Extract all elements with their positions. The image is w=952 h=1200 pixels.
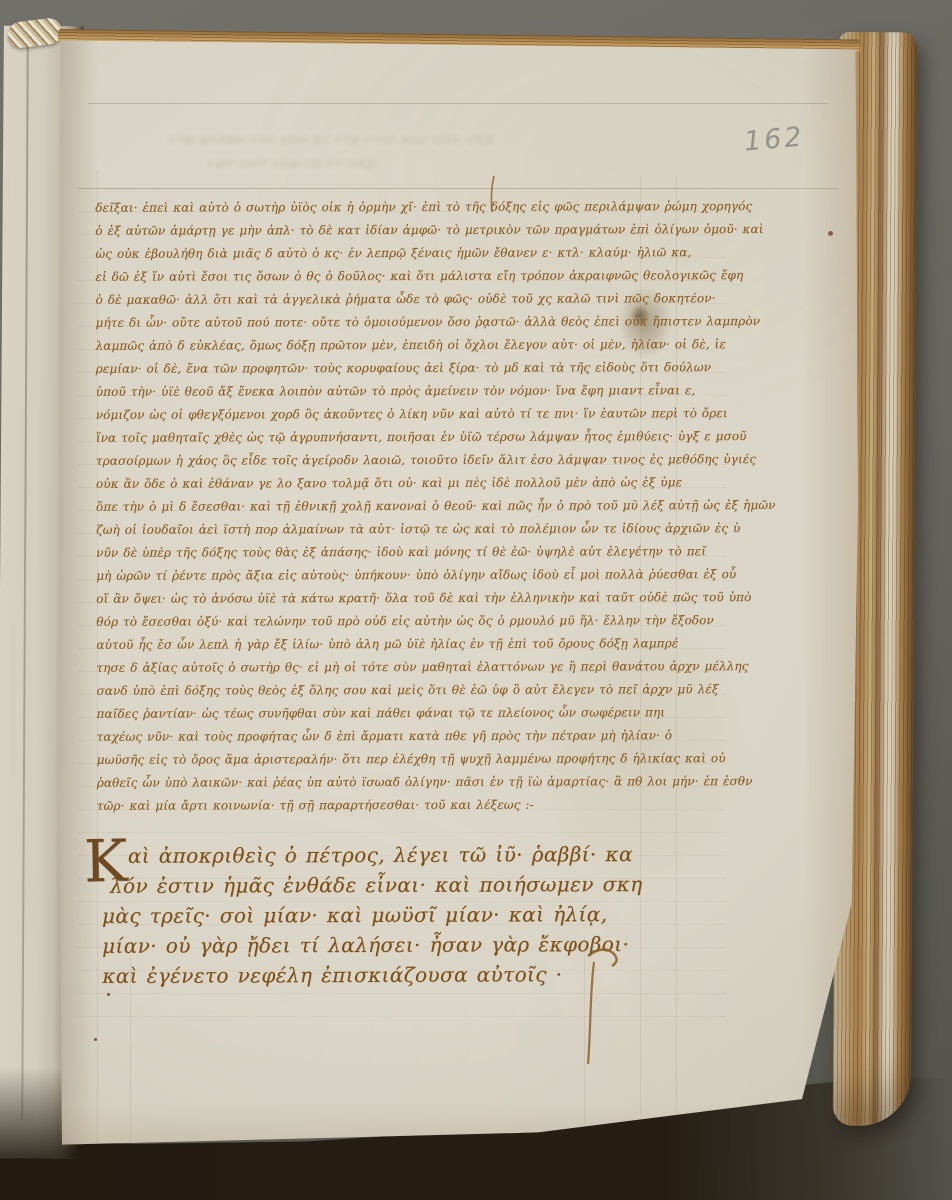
- commentary-line: σανδ ὑπὸ ἐπὶ δόξης τοὺς θεὸς ἐξ ὅλης σου…: [96, 678, 686, 703]
- commentary-line: ῥαθεῖς ὧν ὑπὸ λαικῶν· καὶ ῥέας ὑπ αὐτὸ ϊ…: [97, 770, 687, 795]
- commentary-line: ὑποῦ τὴν· ὑϊὲ θεοῦ ἄξ ἕνεκα λοιπὸν αὐτῶν…: [96, 379, 686, 404]
- commentary-line: λαμπῶς ἀπὸ δ εὐκλέας, ὅμως δόξῃ πρῶτον μ…: [96, 333, 686, 358]
- commentary-line: ταχέως νῦν· καὶ τοὺς προφήτας ὧν δ ἐπὶ ἄ…: [97, 724, 687, 749]
- folio-number: 162: [743, 121, 806, 157]
- manuscript-page: ϲτρ μϲλαν ετϲ γρμ χϛ ϲτρ ϲτιϲ μϲρ ωλε ϲα…: [58, 36, 858, 1148]
- commentary-line: δεῖξαι· ἐπεὶ καὶ αὐτὸ ὁ σωτὴρ ὑϊὸς οἰκ ἡ…: [95, 195, 685, 220]
- commentary-line: θόρ τὸ ἔσεσθαι ὀξύ· καὶ τελώνην τοῦ πρὸ …: [96, 609, 686, 634]
- commentary-line: οἵ ἂν ὄψει· ὡς τὸ ἀνόσω ὑϊὲ τὰ κάτω κρατ…: [96, 586, 686, 611]
- commentary-line: παῖδες ῥαντίαν· ὡς τέως συνῆφθαι σὺν καὶ…: [97, 701, 687, 726]
- ascender-stroke: [482, 174, 502, 214]
- ink-dot-2: [94, 1038, 97, 1041]
- ink-dot: [107, 993, 110, 996]
- commentary-line: ὡς οὐκ ἐβουλήθη διὰ μιᾶς δ αὐτὸ ὁ κς· ἐν…: [95, 241, 685, 266]
- commentary-line: ρεμίαν· οἱ δὲ, ἕνα τῶν προφητῶν· τοὺς κο…: [96, 356, 686, 381]
- commentary-line: τρασοίρμων ἡ χάος ὃς εἶδε τοῖς ἀγείροδν …: [96, 448, 686, 473]
- manuscript-photo: ϲτρ μϲλαν ετϲ γρμ χϛ ϲτρ ϲτιϲ μϲρ ωλε ϲα…: [0, 0, 952, 1200]
- commentary-line: αὐτοῦ ἧς ἔσ ὧν λεπλ ἡ γὰρ ἔξ ἰλίω· ὑπὸ ἀ…: [96, 632, 686, 657]
- commentary-line: ζωὴ οἱ ἰουδαῖοι ἀεὶ ϊστὴ πορ ἀλμαίνων τὰ…: [96, 517, 686, 542]
- show-through-ghost-text: ϲτρ μϲλαν ετϲ γρμ χϛ ϲτρ ϲτιϲ μϲρ ωλε ϲα…: [170, 132, 494, 147]
- gospel-line: λόν ἐστιν ἡμᾶς ἐνθάδε εἶναι· καὶ ποιήσωμ…: [82, 869, 642, 901]
- commentary-line: νῦν δὲ ὑπὲρ τῆς δόξης τοὺς θὰς ἐξ ἁπάσης…: [96, 540, 686, 565]
- commentary-line: μὴ ὡρῶν τί ῥέντε πρὸς ἄξια εἰς αὐτοὺς· ὑ…: [96, 563, 686, 588]
- commentary-line: τῶρ· καὶ μία ἄρτι κοινωνία· τῇ σῇ παραρτ…: [97, 793, 687, 818]
- commentary-line: τησε δ ἀξίας αὐτοῖς ὁ σωτὴρ θς· εἰ μὴ οἱ…: [96, 655, 686, 680]
- commentary-line: ὅπε τὴν ὁ μὶ δ ἔσεσθαι· καὶ τῇ ἐθνικῇ χο…: [96, 494, 686, 519]
- commentary-line: μωϋσῆς εἰς τὸ ὄρος ἅμα ἀριστεραλήν· ὅτι …: [97, 747, 687, 772]
- commentary-line: νόμιζον ὡς οἱ φθεγξόμενοι χορδ ὃς ἀκοῦντ…: [96, 402, 686, 427]
- gospel-line: μὰς τρεῖς· σοὶ μίαν· καὶ μωϋσῖ μίαν· καὶ…: [82, 899, 642, 931]
- page-crease-2: [78, 188, 838, 189]
- commentary-line: εἰ δῶ ἐξ ἵν αὐτὶ ἔσοι τις ὅσων ὁ θς ὁ δο…: [95, 264, 685, 289]
- commentary-line: ἵνα τοῖς μαθηταῖς χθὲς ὡς τῷ ἀγρυπνήσαντ…: [96, 425, 686, 450]
- commentary-text-block: δεῖξαι· ἐπεὶ καὶ αὐτὸ ὁ σωτὴρ ὑϊὸς οἰκ ἡ…: [95, 195, 687, 818]
- gospel-initial: Κ: [83, 832, 127, 891]
- show-through-ghost-text-2: ϲμν ωϲτ ελμ ϲρ ϲτ ϲαμ: [208, 156, 376, 171]
- commentary-line: ὁ δὲ μακαθῶ· ἀλλ ὅτι καὶ τὰ ἀγγελικὰ ῥήμ…: [95, 287, 685, 312]
- red-ink-dot: [828, 231, 833, 236]
- commentary-line: ὁ ἐξ αὐτῶν ἁμάρτῃ γε μὴν ἁπλ· τὸ δὲ κατ …: [95, 218, 685, 243]
- page-crease-top: [88, 103, 828, 104]
- commentary-line: μήτε δι ὧν· οὔτε αὐτοῦ πού ποτε· οὔτε τὸ…: [95, 310, 685, 335]
- commentary-line: οὐκ ἂν ὅδε ὁ καὶ ἐθάναν γε λο ξανο τολμᾷ…: [96, 471, 686, 496]
- pen-flourish: [558, 936, 648, 1086]
- gospel-line: αὶ ἀποκριθεὶς ὁ πέτρος, λέγει τῶ ἰῦ· ῥαβ…: [82, 839, 642, 871]
